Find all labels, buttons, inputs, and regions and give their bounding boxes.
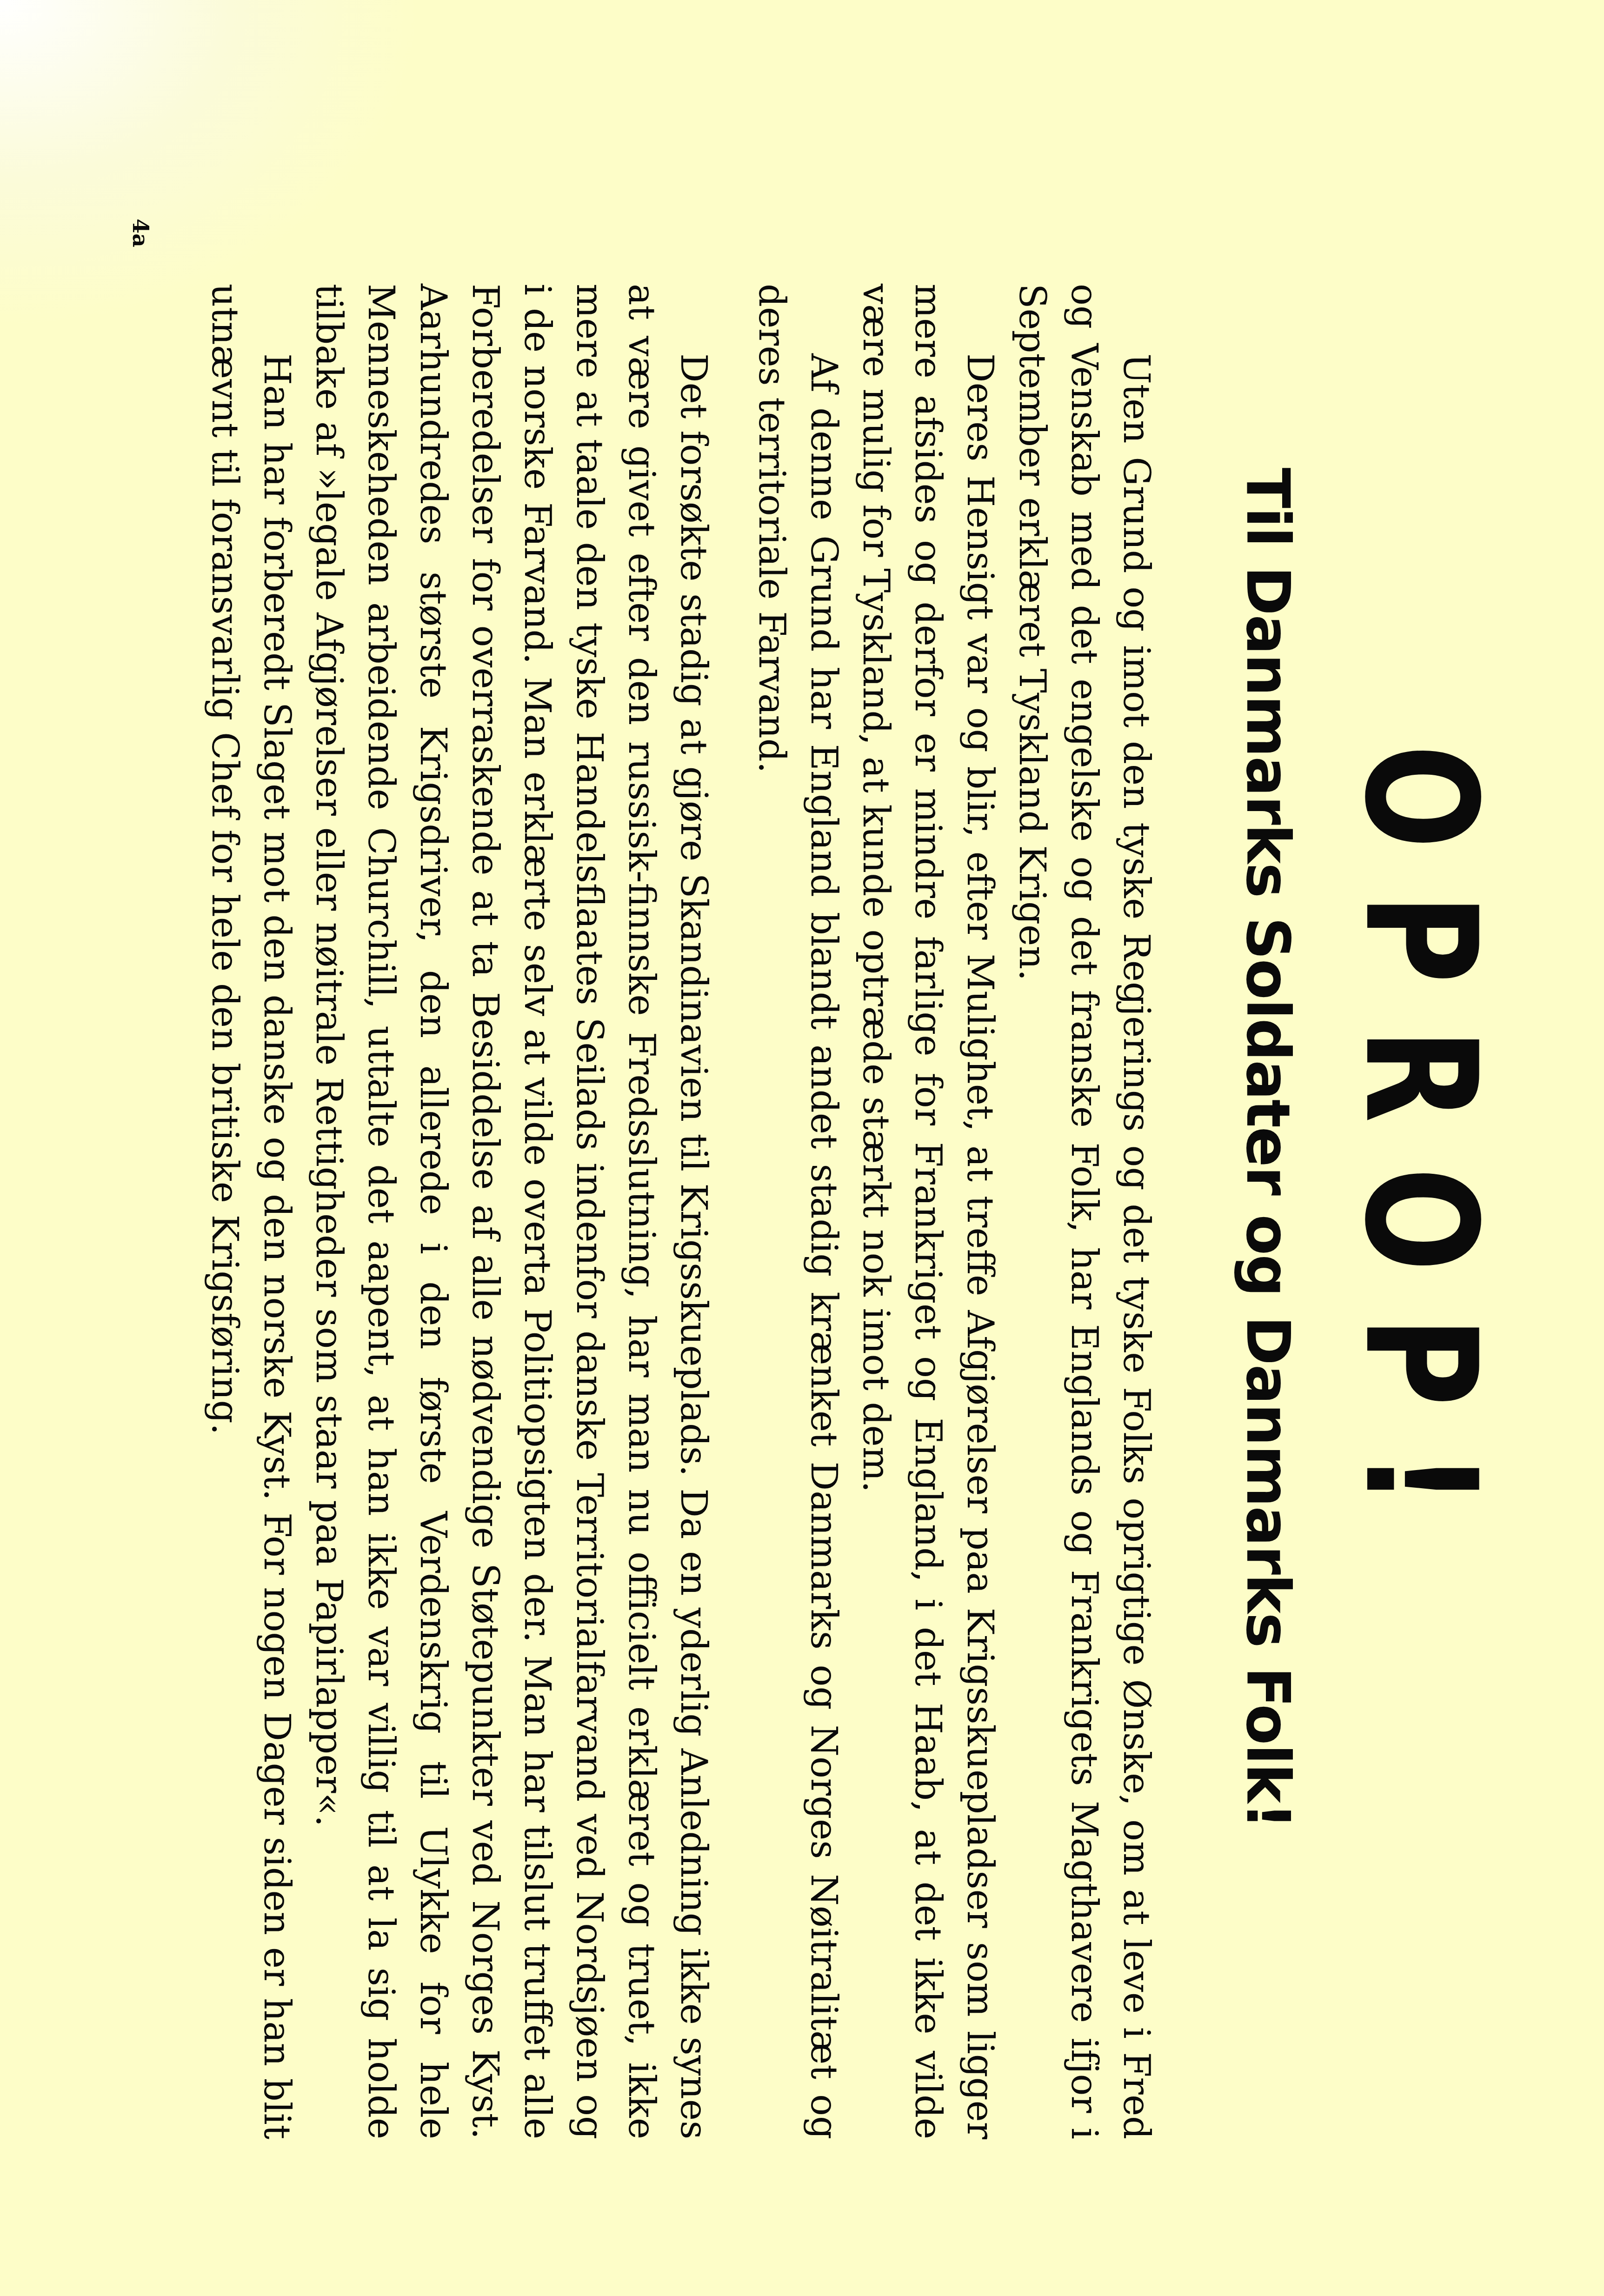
paragraph: Det forsøkte stadig at gjøre Skandinavie… bbox=[303, 284, 719, 2139]
body-text: Uten Grund og imot den tyske Regjerings … bbox=[199, 284, 1162, 2139]
paragraph: Uten Grund og imot den tyske Regjerings … bbox=[1006, 284, 1162, 2139]
paragraph: Han har forberedt Slaget mot den danske … bbox=[199, 284, 303, 2139]
page-mark: 4a bbox=[128, 219, 153, 247]
headline: OPROP! bbox=[1344, 230, 1497, 2067]
scanned-leaflet: OPROP! Til Danmarks Soldater og Danmarks… bbox=[0, 0, 1604, 2296]
subtitle: Til Danmarks Soldater og Danmarks Folk! bbox=[1238, 0, 1297, 2296]
leaflet-page: OPROP! Til Danmarks Soldater og Danmarks… bbox=[0, 0, 1604, 2296]
paragraph: Deres Hensigt var og blir, efter Mulighe… bbox=[850, 284, 1006, 2139]
paragraph: Af denne Grund har England blandt andet … bbox=[745, 284, 850, 2139]
